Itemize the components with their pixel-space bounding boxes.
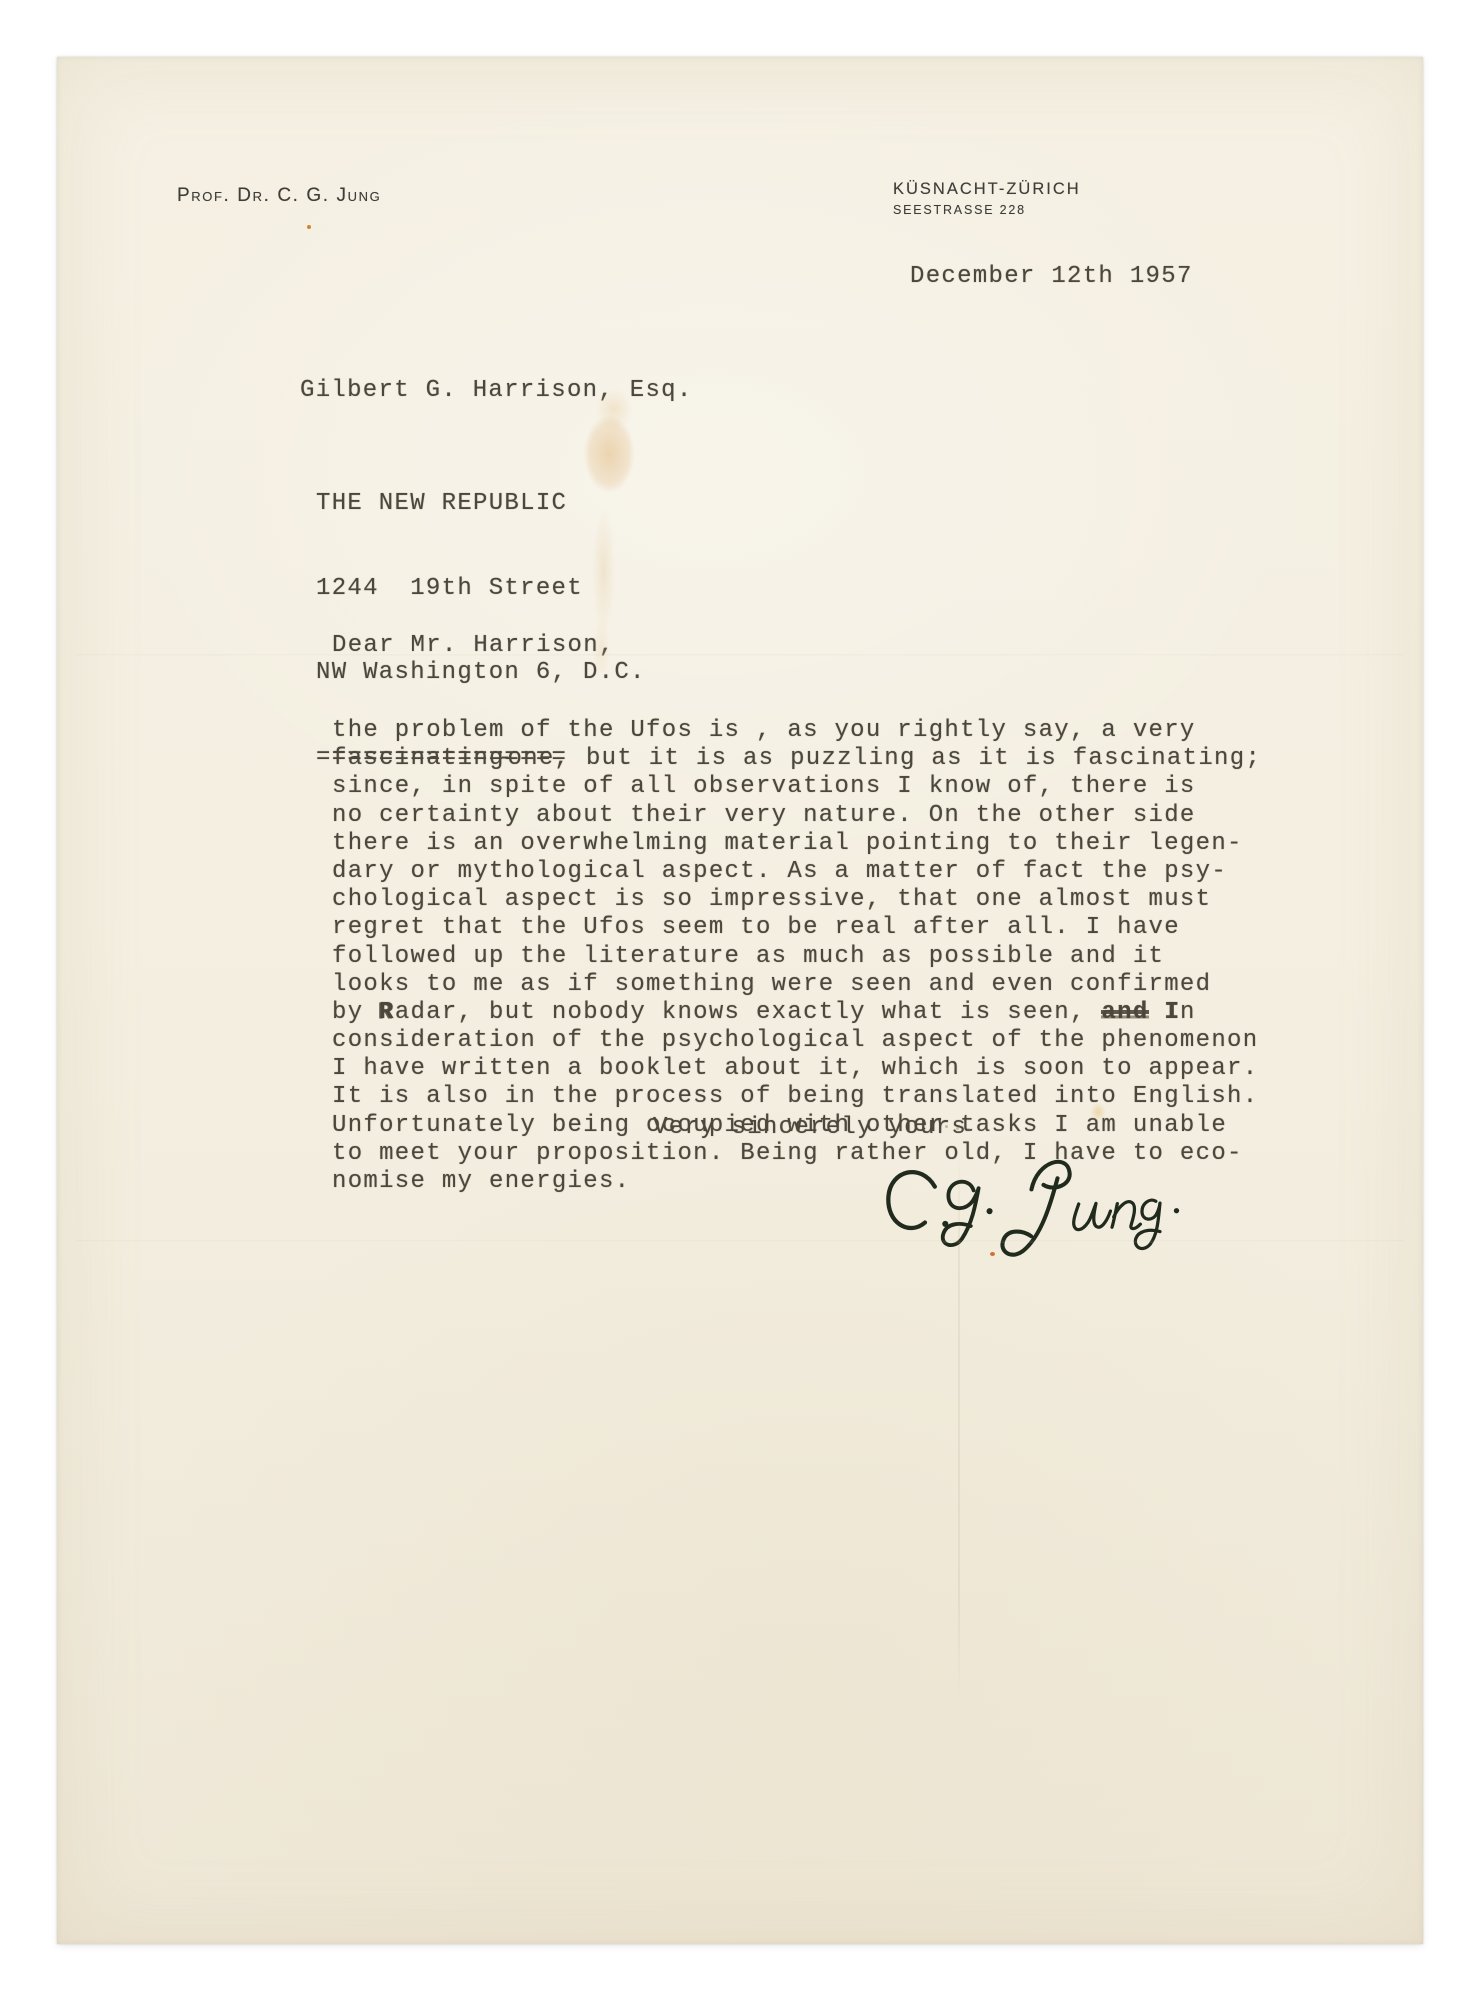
recipient-name: Gilbert G. Harrison, Esq. <box>300 377 693 405</box>
body-line: looks to me as if something were seen an… <box>332 971 1261 999</box>
body-line: no certainty about their very nature. On… <box>332 802 1261 830</box>
signature-cg-jung <box>855 1137 1189 1280</box>
speck-orange-top <box>307 225 311 229</box>
faint-dots <box>945 1125 948 1128</box>
speck-orange-bottom <box>990 1252 995 1256</box>
recipient-organization: THE NEW REPUBLIC <box>316 490 693 518</box>
scan-background: Prof. Dr. C. G. Jung KÜSNACHT-ZÜRICH SEE… <box>0 0 1480 2000</box>
body-line: by Radar, but nobody knows exactly what … <box>332 999 1261 1027</box>
body-line: the problem of the Ufos is , as you righ… <box>332 717 1261 745</box>
body-line: I have written a booklet about it, which… <box>332 1055 1261 1083</box>
body-line: It is also in the process of being trans… <box>332 1083 1261 1111</box>
body-line: chological aspect is so impressive, that… <box>332 886 1261 914</box>
body-line: consideration of the psychological aspec… <box>332 1027 1261 1055</box>
body-line: fascinating-one, but it is as puzzling a… <box>332 745 1261 773</box>
letter-paper: Prof. Dr. C. G. Jung KÜSNACHT-ZÜRICH SEE… <box>57 57 1423 1944</box>
body-line: since, in spite of all observations I kn… <box>332 773 1261 801</box>
salutation: Dear Mr. Harrison, <box>332 632 1261 660</box>
letterhead-street: SEESTRASSE 228 <box>893 203 1081 217</box>
body-line: there is an overwhelming material pointi… <box>332 830 1261 858</box>
letterhead-name: Prof. Dr. C. G. Jung <box>177 185 381 207</box>
body-line: followed up the literature as much as po… <box>332 943 1261 971</box>
body-line: regret that the Ufos seem to be real aft… <box>332 914 1261 942</box>
letterhead-address: KÜSNACHT-ZÜRICH SEESTRASSE 228 <box>893 180 1081 217</box>
body-line: dary or mythological aspect. As a matter… <box>332 858 1261 886</box>
letterhead-city: KÜSNACHT-ZÜRICH <box>893 180 1081 199</box>
letter-date: December 12th 1957 <box>910 263 1193 291</box>
closing-line: Very sincerely yours <box>653 1114 967 1142</box>
